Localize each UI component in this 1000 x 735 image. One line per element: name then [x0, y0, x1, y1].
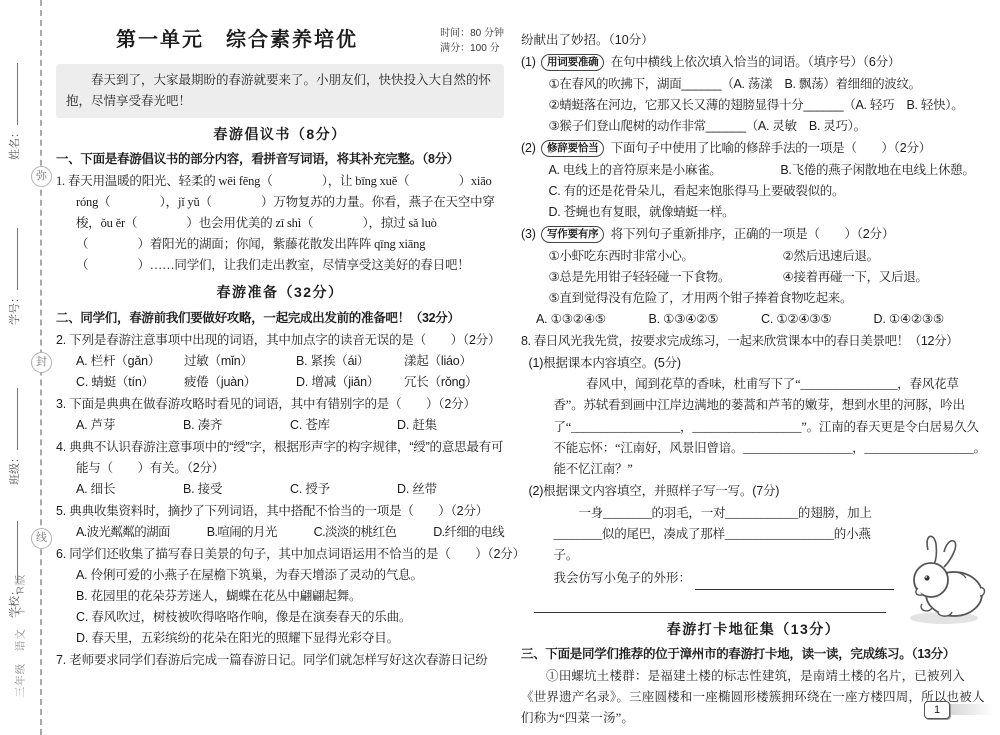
q5-options: A.波光粼粼的湖面 B.喧闹的月光 C.淡淡的桃红色 D.纤细的电线 [56, 522, 504, 543]
q2-option-a2: 过敏（mǐn） [184, 351, 296, 372]
paper-header: 第一单元 综合素养培优 时间：80 分钟 满分：100 分 [56, 24, 504, 58]
exam-full-score: 满分：100 分 [440, 41, 504, 56]
q8-sub2-body: 一身________的羽毛，一对____________的翅膀，加上______… [521, 503, 894, 567]
q3-option-a: A. 芦芽 [76, 415, 183, 436]
q3-options: A. 芦芽 B. 凑齐 C. 苍库 D. 赶集 [56, 415, 504, 436]
q8-mimic-label: 我会仿写小兔子的外形： [554, 568, 692, 589]
q7-sub3-answer-b: B. ①③④②⑤ [649, 309, 762, 330]
q4-option-c: C. 授予 [290, 479, 397, 500]
question-1-stem: 一、下面是春游倡议书的部分内容，看拼音写词语，将其补充完整。（8分） [56, 149, 504, 170]
exam-time: 时间：80 分钟 [440, 26, 504, 41]
q5-option-a: A.波光粼粼的湖面 [76, 522, 170, 543]
q2-stem: 2. 下列是春游注意事项中出现的词语，其中加点字的读音无误的是（ ）（2分） [56, 330, 504, 351]
q3-option-b: B. 凑齐 [183, 415, 290, 436]
q7-sub2-option-d: D. 苍蝇也有复眼，就像蜻蜓一样。 [521, 202, 986, 223]
left-column: 第一单元 综合素养培优 时间：80 分钟 满分：100 分 春天到了，大家最期盼… [56, 24, 504, 671]
q7-sub1-badge: 用词要准确 [541, 54, 605, 71]
q5-option-d: D.纤细的电线 [433, 522, 504, 543]
q4-stem: 4. 典典不认识春游注意事项中的“绶”字，根据形声字的构字规律，“绶”的意思最有… [56, 437, 504, 479]
student-id-label: 学号： [6, 292, 22, 325]
class-write-line [7, 388, 18, 450]
q6-stem: 6. 同学们还收集了描写春日美景的句子，其中加点词语运用不恰当的是（ ）（2分） [56, 544, 504, 565]
exam-meta: 时间：80 分钟 满分：100 分 [440, 26, 504, 56]
name-label: 姓名： [6, 127, 22, 160]
q7-sub3-item-1: ①小虾吃东西时非常小心。 [549, 246, 783, 267]
q2-options-row1: A. 栏杆（gǎn） 过敏（mǐn） B. 紧挨（ái） 漾起（liáo） [56, 351, 504, 372]
page-number-badge: 1 [924, 701, 950, 719]
q7-sub3-num: (3) [521, 227, 536, 241]
q6-option-d: D. 春天里，五彩缤纷的花朵在阳光的照耀下显得光彩夺目。 [56, 628, 504, 649]
q3-option-c: C. 苍库 [290, 415, 397, 436]
q7-sub1-head: (1) 用词要准确 在句中横线上依次填入恰当的词语。（填序号）（6分） [521, 52, 986, 73]
q7-sub3-answers: A. ①③②④⑤ B. ①③④②⑤ C. ①②④③⑤ D. ①④②③⑤ [521, 309, 986, 330]
q7-sub1-num: (1) [521, 55, 536, 69]
q8-mimic-line: 我会仿写小兔子的外形： [554, 568, 895, 589]
name-field: 姓名： [6, 30, 22, 160]
q2-option-b: B. 紧挨（ái） [296, 351, 404, 372]
q7-sub2-text: 下面句子中使用了比喻的修辞手法的一项是（ ）（2分） [611, 141, 931, 155]
q8-sub2-head: (2)根据课文内容填空，并照样子写一写。(7分) [521, 481, 986, 502]
q7-sub2-option-b: B.飞倦的燕子闲散地在电线上休憩。 [780, 160, 974, 181]
q8-sub1-head: (1)根据课本内容填空。(5分) [521, 353, 986, 374]
q7-sub1-item-1: ①在春风的吹拂下，湖面______（A. 荡漾 B. 飘荡）着细细的波纹。 [521, 74, 986, 95]
seal-char-3: 线 [31, 528, 52, 549]
q7-sub3-item-3: ③总是先用钳子轻轻碰一下食物。 [549, 267, 783, 288]
q8-extra-write-line [534, 604, 887, 613]
question-2-section-stem: 二、同学们，春游前我们要做好攻略，一起完成出发前的准备吧！（32分） [56, 308, 504, 329]
q2-option-c: C. 蜻蜓（tín） [76, 372, 184, 393]
q2-option-d: D. 增减（jiǎn） [296, 372, 404, 393]
page-title: 第一单元 综合素养培优 [56, 24, 504, 58]
q7-sub1-item-2: ②蜻蜓落在河边，它那又长又薄的翅膀显得十分______（A. 轻巧 B. 轻快）… [521, 95, 986, 116]
q7-sub2-option-a: A. 电线上的音符原来是小麻雀。 [549, 160, 781, 181]
seal-char-1: 弥 [31, 166, 52, 187]
q7-sub3-item-5: ⑤直到觉得没有危险了，才用两个钳子捧着食物吃起来。 [521, 288, 986, 309]
q5-option-b: B.喧闹的月光 [207, 522, 277, 543]
q7-sub3-answer-a: A. ①③②④⑤ [536, 309, 649, 330]
q8-sub1-body: 春风中，闻到花草的香味，杜甫写下了“________________，春风花草香… [521, 374, 986, 480]
right-column: 纷献出了妙招。（10分） (1) 用词要准确 在句中横线上依次填入恰当的词语。（… [521, 30, 986, 729]
q2-option-a: A. 栏杆（gǎn） [76, 351, 184, 372]
q7-sub3-badge: 写作要有序 [541, 226, 605, 243]
q2-option-c2: 疲倦（juàn） [184, 372, 296, 393]
q7-stem-right: 纷献出了妙招。（10分） [521, 30, 986, 51]
q6-option-c: C. 春风吹过，树枝被吹得咯咯作响，像是在演奏春天的乐曲。 [56, 607, 504, 628]
q7-sub1-item-3: ③猴子们登山爬树的动作非常______（A. 灵敏 B. 灵巧）。 [521, 116, 986, 137]
q6-option-a: A. 伶俐可爱的小燕子在屋檐下筑巢，为春天增添了灵动的气息。 [56, 565, 504, 586]
q7-sub1-text: 在句中横线上依次填入恰当的词语。（填序号）（6分） [611, 55, 900, 69]
q7-stem-left: 7. 老师要求同学们春游后完成一篇春游日记。同学们就怎样写好这次春游日记纷 [56, 650, 504, 671]
q7-sub2-badge: 修辞要恰当 [541, 140, 605, 157]
q5-stem: 5. 典典收集资料时，摘抄了下列词语，其中搭配不恰当的一项是（ ）（2分） [56, 501, 504, 522]
q4-option-a: A. 细长 [76, 479, 183, 500]
name-write-line [7, 63, 18, 125]
q7-sub3-items-row1: ①小虾吃东西时非常小心。 ②然后迅速后退。 [521, 246, 986, 267]
section1-heading: 春游倡议书（8分） [56, 123, 504, 147]
intro-box: 春天到了，大家最期盼的春游就要来了。小朋友们，快快投入大自然的怀抱，尽情享受春光… [56, 64, 504, 118]
seal-char-2: 封 [31, 352, 52, 373]
q7-sub2-options-ab: A. 电线上的音符原来是小麻雀。 B.飞倦的燕子闲散地在电线上休憩。 [521, 160, 986, 181]
grade-edition-label: 三年级 语文 下 R版 [13, 561, 28, 711]
rabbit-illustration [898, 532, 990, 635]
q4-options: A. 细长 B. 接受 C. 授予 D. 丝带 [56, 479, 504, 500]
q8-stem: 8. 春日风光我先赏，按要求完成练习，一起来欣赏课本中的春日美景吧！（12分） [521, 331, 986, 352]
q2-option-d2: 冗长（rǒng） [404, 372, 504, 393]
q7-sub2-option-c: C. 有的还是花骨朵儿，看起来饱胀得马上要破裂似的。 [521, 181, 986, 202]
q2-options-row2: C. 蜻蜓（tín） 疲倦（juàn） D. 增减（jiǎn） 冗长（rǒng） [56, 372, 504, 393]
section2-heading: 春游准备（32分） [56, 281, 504, 305]
q7-sub3-item-2: ②然后迅速后退。 [783, 246, 986, 267]
section3-stem: 三、下面是同学们推荐的位于漳州市的春游打卡地，读一读，完成练习。（13分） [521, 644, 986, 665]
q7-sub3-answer-d: D. ①④②③⑤ [874, 309, 987, 330]
q6-option-b: B. 花园里的花朵芬芳迷人，蝴蝶在花丛中翩翩起舞。 [56, 586, 504, 607]
q4-option-d: D. 丝带 [397, 479, 504, 500]
q2-option-b2: 漾起（liáo） [404, 351, 504, 372]
q8-mimic-write-line [695, 568, 894, 589]
q3-option-d: D. 赶集 [397, 415, 504, 436]
q7-sub3-item-4: ④接着再碰一下，又后退。 [783, 267, 986, 288]
q7-sub3-answer-c: C. ①②④③⑤ [761, 309, 874, 330]
question-1-body: 1. 春天用温暖的阳光、轻柔的 wēi fēng（ ），让 bīng xuě（ … [56, 171, 504, 276]
q7-sub2-num: (2) [521, 141, 536, 155]
q5-option-c: C.淡淡的桃红色 [314, 522, 397, 543]
q7-sub3-text: 将下列句子重新排序，正确的一项是（ ）（2分） [611, 227, 894, 241]
student-id-field: 学号： [6, 195, 22, 325]
class-label: 班级： [6, 452, 22, 485]
q3-stem: 3. 下面是典典在做春游攻略时看见的词语，其中有错别字的是（ ）（2分） [56, 394, 504, 415]
q7-sub2-head: (2) 修辞要恰当 下面句子中使用了比喻的修辞手法的一项是（ ）（2分） [521, 138, 986, 159]
student-id-write-line [7, 228, 18, 290]
q7-sub3-head: (3) 写作要有序 将下列句子重新排序，正确的一项是（ ）（2分） [521, 224, 986, 245]
class-field: 班级： [6, 355, 22, 485]
section3-passage: ①田螺坑土楼群：是福建土楼的标志性建筑，是南靖土楼的名片，已被列入《世界遗产名录… [521, 666, 986, 730]
q7-sub3-items-row2: ③总是先用钳子轻轻碰一下食物。 ④接着再碰一下，又后退。 [521, 267, 986, 288]
q4-option-b: B. 接受 [183, 479, 290, 500]
